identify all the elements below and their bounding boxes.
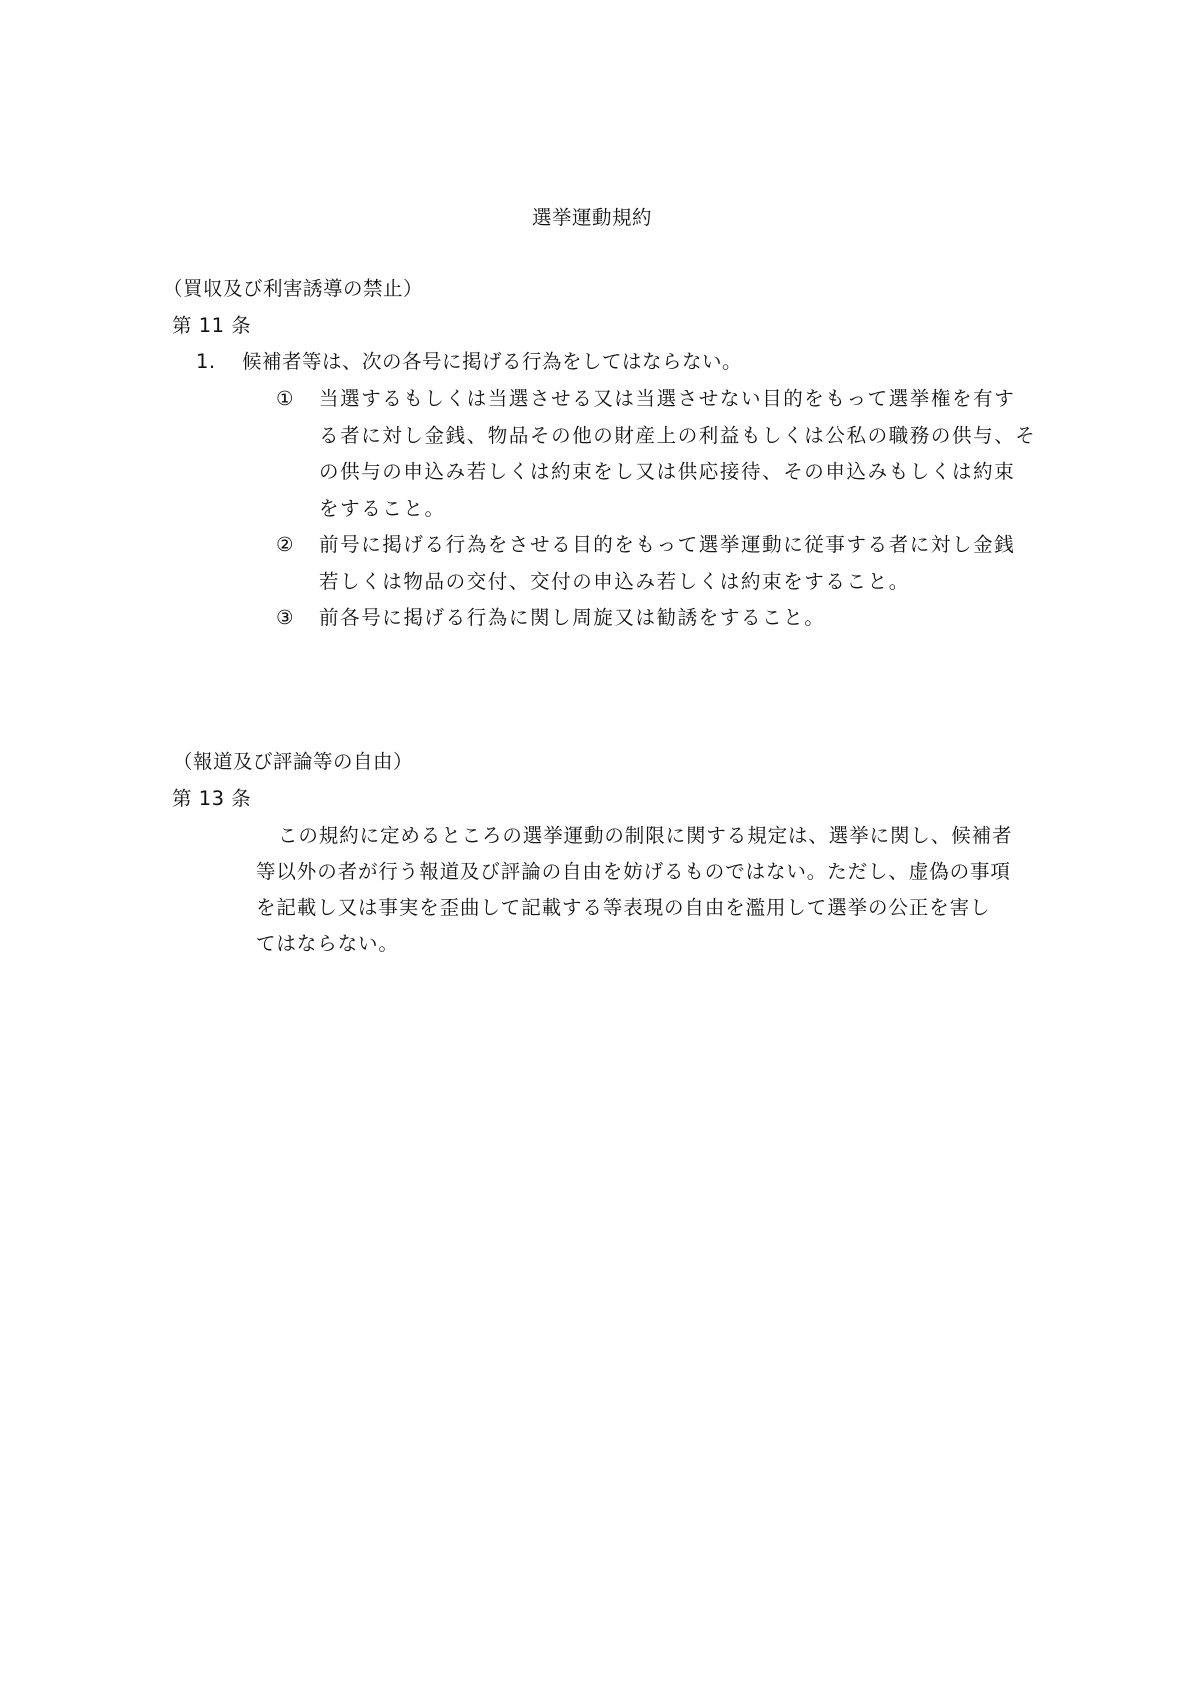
item-marker: ③ xyxy=(276,606,294,630)
clause-marker: 1. xyxy=(196,350,216,374)
document-title: 選挙運動規約 xyxy=(532,206,652,230)
clause-text: 候補者等は、次の各号に掲げる行為をしてはならない。 xyxy=(242,350,742,374)
article-heading: （報道及び評論等の自由） xyxy=(173,750,413,774)
item-line: 若しくは物品の交付、交付の申込み若しくは約束をすること。 xyxy=(319,570,910,594)
paragraph-line: を記載し又は事実を歪曲して記載する等表現の自由を濫用して選挙の公正を害し xyxy=(256,896,990,920)
paragraph-line: てはならない。 xyxy=(256,932,399,956)
article-heading: （買収及び利害誘導の禁止） xyxy=(163,277,423,301)
item-marker: ② xyxy=(276,533,294,557)
item-line: る者に対し金銭、物品その他の財産上の利益もしくは公私の職務の供与、そ xyxy=(319,424,1036,448)
paragraph-line: この規約に定めるところの選挙運動の制限に関する規定は、選挙に関し、候補者 xyxy=(278,824,1012,848)
item-line: をすること。 xyxy=(319,497,446,521)
article-number: 第 13 条 xyxy=(172,787,251,811)
item-line: の供与の申込み若しくは約束をし又は供応接待、その申込みもしくは約束 xyxy=(319,460,1015,484)
item-line: 前号に掲げる行為をさせる目的をもって選挙運動に従事する者に対し金銭 xyxy=(319,533,1015,557)
paragraph-line: 等以外の者が行う報道及び評論の自由を妨げるものではない。ただし、虚偽の事項 xyxy=(256,860,1011,884)
item-line: 前各号に掲げる行為に関し周旋又は勧誘をすること。 xyxy=(319,606,825,630)
item-line: 当選するもしくは当選させる又は当選させない目的をもって選挙権を有す xyxy=(319,387,1015,411)
article-number: 第 11 条 xyxy=(172,314,251,338)
item-marker: ① xyxy=(276,387,294,411)
